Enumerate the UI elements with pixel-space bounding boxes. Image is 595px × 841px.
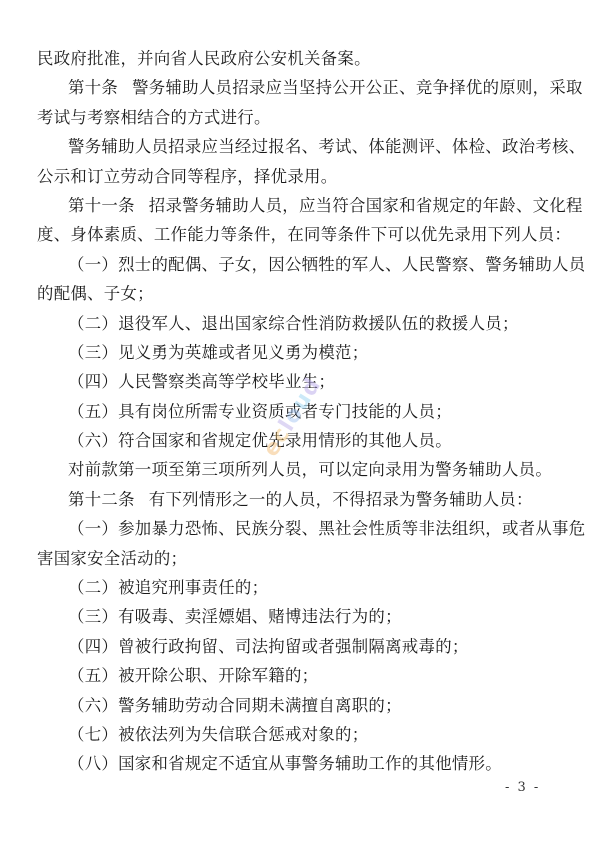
list-item: （五）被开除公职、开除军籍的； (37, 661, 561, 690)
list-item: （二）退役军人、退出国家综合性消防救援队伍的救援人员； (37, 309, 561, 338)
list-item: （七）被依法列为失信联合惩戒对象的； (37, 720, 561, 749)
article-label: 第十条 (68, 78, 118, 97)
text-line: 害国家安全活动的； (37, 544, 561, 573)
list-item: （三）见义勇为英雄或者见义勇为模范； (37, 338, 561, 367)
page-number: - 3 - (505, 780, 540, 795)
list-item: （八）国家和省规定不适宜从事警务辅助工作的其他情形。 (37, 749, 561, 778)
list-item: （四）人民警察类高等学校毕业生； (37, 367, 561, 396)
article-11-line: 第十一条招录警务辅助人员，应当符合国家和省规定的年龄、文化程 (37, 191, 561, 220)
list-item: （五）具有岗位所需专业资质或者专门技能的人员； (37, 397, 561, 426)
article-text: 招录警务辅助人员，应当符合国家和省规定的年龄、文化程 (149, 196, 583, 215)
list-item: （四）曾被行政拘留、司法拘留或者强制隔离戒毒的； (37, 632, 561, 661)
article-12-line: 第十二条有下列情形之一的人员，不得招录为警务辅助人员： (37, 485, 561, 514)
article-label: 第十二条 (68, 490, 135, 509)
text-line: 警务辅助人员招录应当经过报名、考试、体能测评、体检、政治考核、 (37, 132, 561, 161)
text-line: 度、身体素质、工作能力等条件，在同等条件下可以优先录用下列人员： (37, 220, 561, 249)
list-item: （二）被追究刑事责任的； (37, 573, 561, 602)
text-line: 民政府批准，并向省人民政府公安机关备案。 (37, 44, 561, 73)
list-item: （六）警务辅助劳动合同期未满擅自离职的； (37, 691, 561, 720)
text-line: 的配偶、子女； (37, 279, 561, 308)
article-text: 警务辅助人员招录应当坚持公开公正、竞争择优的原则，采取 (132, 78, 583, 97)
list-item: （三）有吸毒、卖淫嫖娼、赌博违法行为的； (37, 602, 561, 631)
text-line: 公示和订立劳动合同等程序，择优录用。 (37, 162, 561, 191)
article-text: 有下列情形之一的人员，不得招录为警务辅助人员： (149, 490, 533, 509)
list-item: （六）符合国家和省规定优先录用情形的其他人员。 (37, 426, 561, 455)
document-page: 民政府批准，并向省人民政府公安机关备案。 第十条警务辅助人员招录应当坚持公开公正… (37, 44, 561, 779)
list-item: （一）烈士的配偶、子女，因公牺牲的军人、人民警察、警务辅助人员 (37, 250, 561, 279)
article-label: 第十一条 (68, 196, 135, 215)
article-10-line: 第十条警务辅助人员招录应当坚持公开公正、竞争择优的原则，采取 (37, 73, 561, 102)
text-line: 考试与考察相结合的方式进行。 (37, 103, 561, 132)
text-line: 对前款第一项至第三项所列人员，可以定向录用为警务辅助人员。 (37, 455, 561, 484)
list-item: （一）参加暴力恐怖、民族分裂、黑社会性质等非法组织，或者从事危 (37, 514, 561, 543)
